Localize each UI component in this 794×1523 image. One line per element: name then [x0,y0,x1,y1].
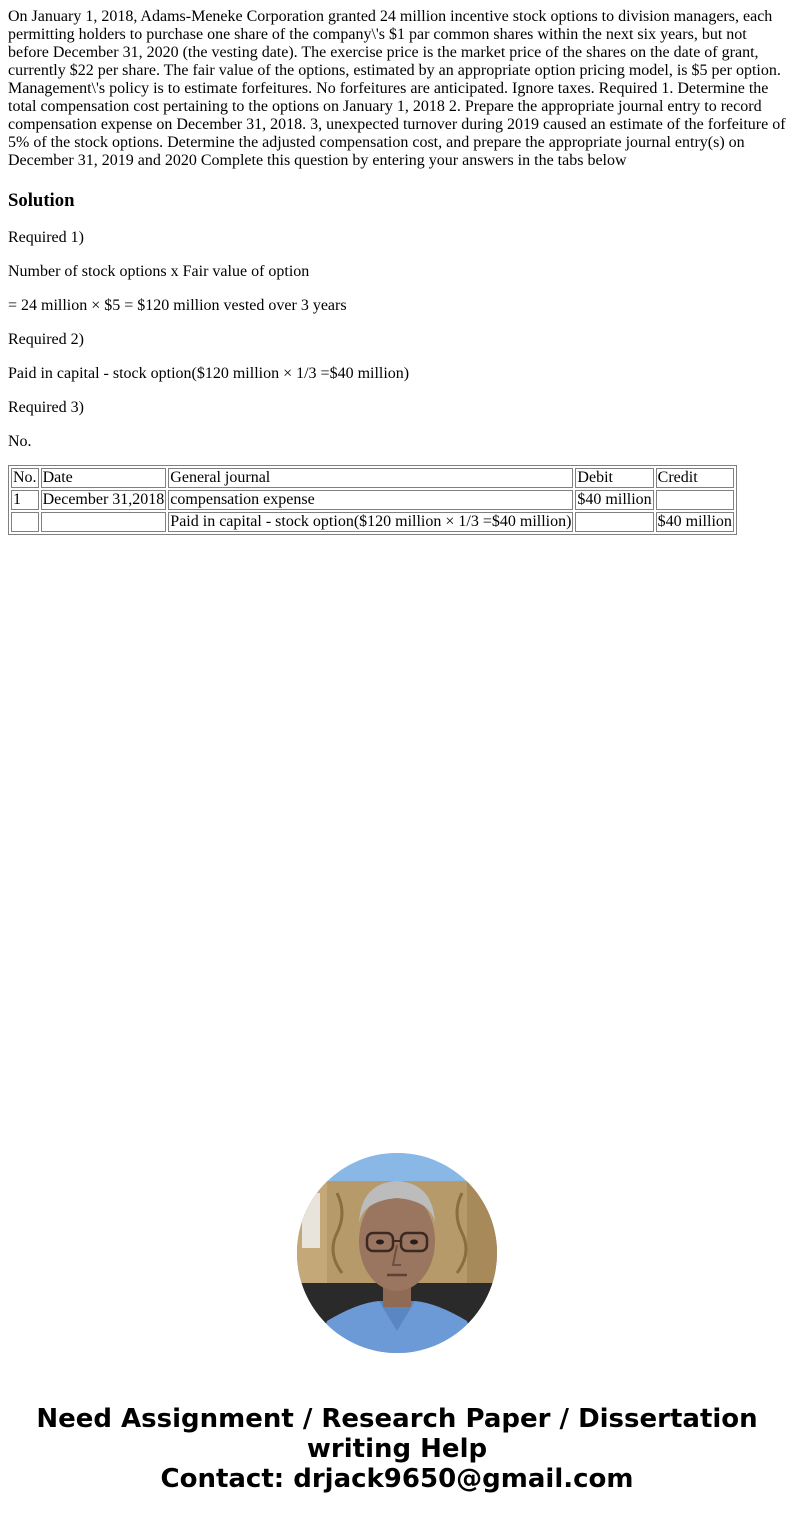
cell-debit [575,512,653,532]
solution-line-required-1: Required 1) [8,229,786,247]
cell-credit: $40 million [656,512,734,532]
author-avatar [297,1153,497,1353]
cell-date [41,512,167,532]
header-date: Date [41,468,167,488]
solution-line-required-2: Required 2) [8,331,786,349]
header-no: No. [11,468,39,488]
cell-general-journal: Paid in capital - stock option($120 mill… [168,512,573,532]
promo-line-2: writing Help [0,1434,794,1464]
solution-line-calculation: = 24 million × $5 = $120 million vested … [8,297,786,315]
promo-line-1: Need Assignment / Research Paper / Disse… [0,1404,794,1434]
table-row: Paid in capital - stock option($120 mill… [11,512,734,532]
table-row: 1 December 31,2018 compensation expense … [11,490,734,510]
promo-contact: Contact: drjack9650@gmail.com [0,1464,794,1494]
page-content: On January 1, 2018, Adams-Meneke Corpora… [0,0,794,535]
header-debit: Debit [575,468,653,488]
author-photo-icon [297,1153,497,1353]
question-text: On January 1, 2018, Adams-Meneke Corpora… [8,8,786,170]
cell-date: December 31,2018 [41,490,167,510]
solution-line-paid-in-capital: Paid in capital - stock option($120 mill… [8,365,786,383]
cell-no: 1 [11,490,39,510]
cell-no [11,512,39,532]
solution-line-no: No. [8,433,786,451]
solution-line-required-3: Required 3) [8,399,786,417]
cell-debit: $40 million [575,490,653,510]
cell-general-journal: compensation expense [168,490,573,510]
journal-table: No. Date General journal Debit Credit 1 … [8,465,737,535]
cell-credit [656,490,734,510]
header-credit: Credit [656,468,734,488]
solution-line-formula: Number of stock options x Fair value of … [8,263,786,281]
table-header-row: No. Date General journal Debit Credit [11,468,734,488]
promo-banner: Need Assignment / Research Paper / Disse… [0,1404,794,1494]
header-general-journal: General journal [168,468,573,488]
solution-heading: Solution [8,190,786,212]
